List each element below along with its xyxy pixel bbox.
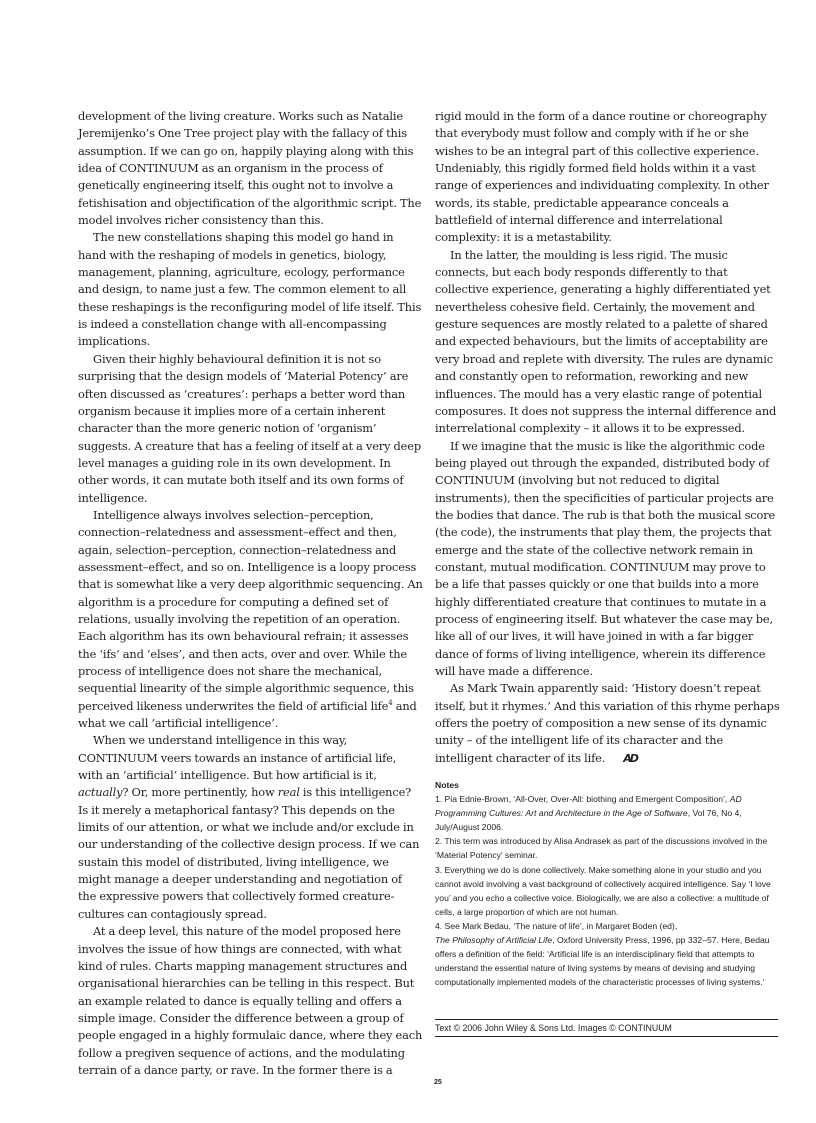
- paragraph-text: is this intelligence? Is it merely a met…: [78, 785, 419, 920]
- emphasis-text: real: [278, 785, 300, 799]
- body-paragraph: If we imagine that the music is like the…: [435, 438, 781, 681]
- notes-heading: Notes: [435, 778, 781, 792]
- left-column: development of the living creature. Work…: [78, 108, 423, 1079]
- paragraph-text: As Mark Twain apparently said: ‘History …: [435, 681, 780, 764]
- footnote-1: 1. Pia Ednie-Brown, ‘All-Over, Over-All:…: [435, 792, 781, 834]
- body-paragraph: In the latter, the moulding is less rigi…: [435, 247, 781, 438]
- notes-section: Notes 1. Pia Ednie-Brown, ‘All-Over, Ove…: [435, 778, 781, 989]
- footnote-3: 3. Everything we do is done collectively…: [435, 863, 781, 919]
- paragraph-text: When we understand intelligence in this …: [78, 733, 396, 782]
- right-column: rigid mould in the form of a dance routi…: [435, 108, 781, 767]
- body-paragraph: rigid mould in the form of a dance routi…: [435, 108, 781, 247]
- body-paragraph: At a deep level, this nature of the mode…: [78, 923, 423, 1079]
- body-paragraph: The new constellations shaping this mode…: [78, 229, 423, 350]
- footnote-2: 2. This term was introduced by Alisa And…: [435, 834, 781, 862]
- emphasis-text: actually: [78, 785, 122, 799]
- footnote-title-italic: The Philosophy of Artificial Life: [435, 935, 552, 945]
- body-paragraph: development of the living creature. Work…: [78, 108, 423, 229]
- ad-end-mark-icon: AD: [608, 750, 637, 767]
- body-paragraph: When we understand intelligence in this …: [78, 732, 423, 923]
- footnote-text: 2. This term was introduced by Alisa And…: [435, 836, 767, 860]
- page-number: 25: [434, 1079, 442, 1086]
- footnote-4: 4. See Mark Bedau, ‘The nature of life’,…: [435, 919, 781, 989]
- body-paragraph: Intelligence always involves selection–p…: [78, 507, 423, 732]
- body-paragraph: As Mark Twain apparently said: ‘History …: [435, 680, 781, 767]
- paragraph-text: Intelligence always involves selection–p…: [78, 508, 423, 713]
- footnote-text: 1. Pia Ednie-Brown, ‘All-Over, Over-All:…: [435, 794, 730, 804]
- footnote-text: 4. See Mark Bedau, ‘The nature of life’,…: [435, 921, 677, 931]
- footnote-text: 3. Everything we do is done collectively…: [435, 865, 771, 917]
- copyright-credits: Text © 2006 John Wiley & Sons Ltd. Image…: [435, 1019, 778, 1037]
- paragraph-text: ? Or, more pertinently, how: [122, 785, 277, 799]
- body-paragraph: Given their highly behavioural definitio…: [78, 351, 423, 507]
